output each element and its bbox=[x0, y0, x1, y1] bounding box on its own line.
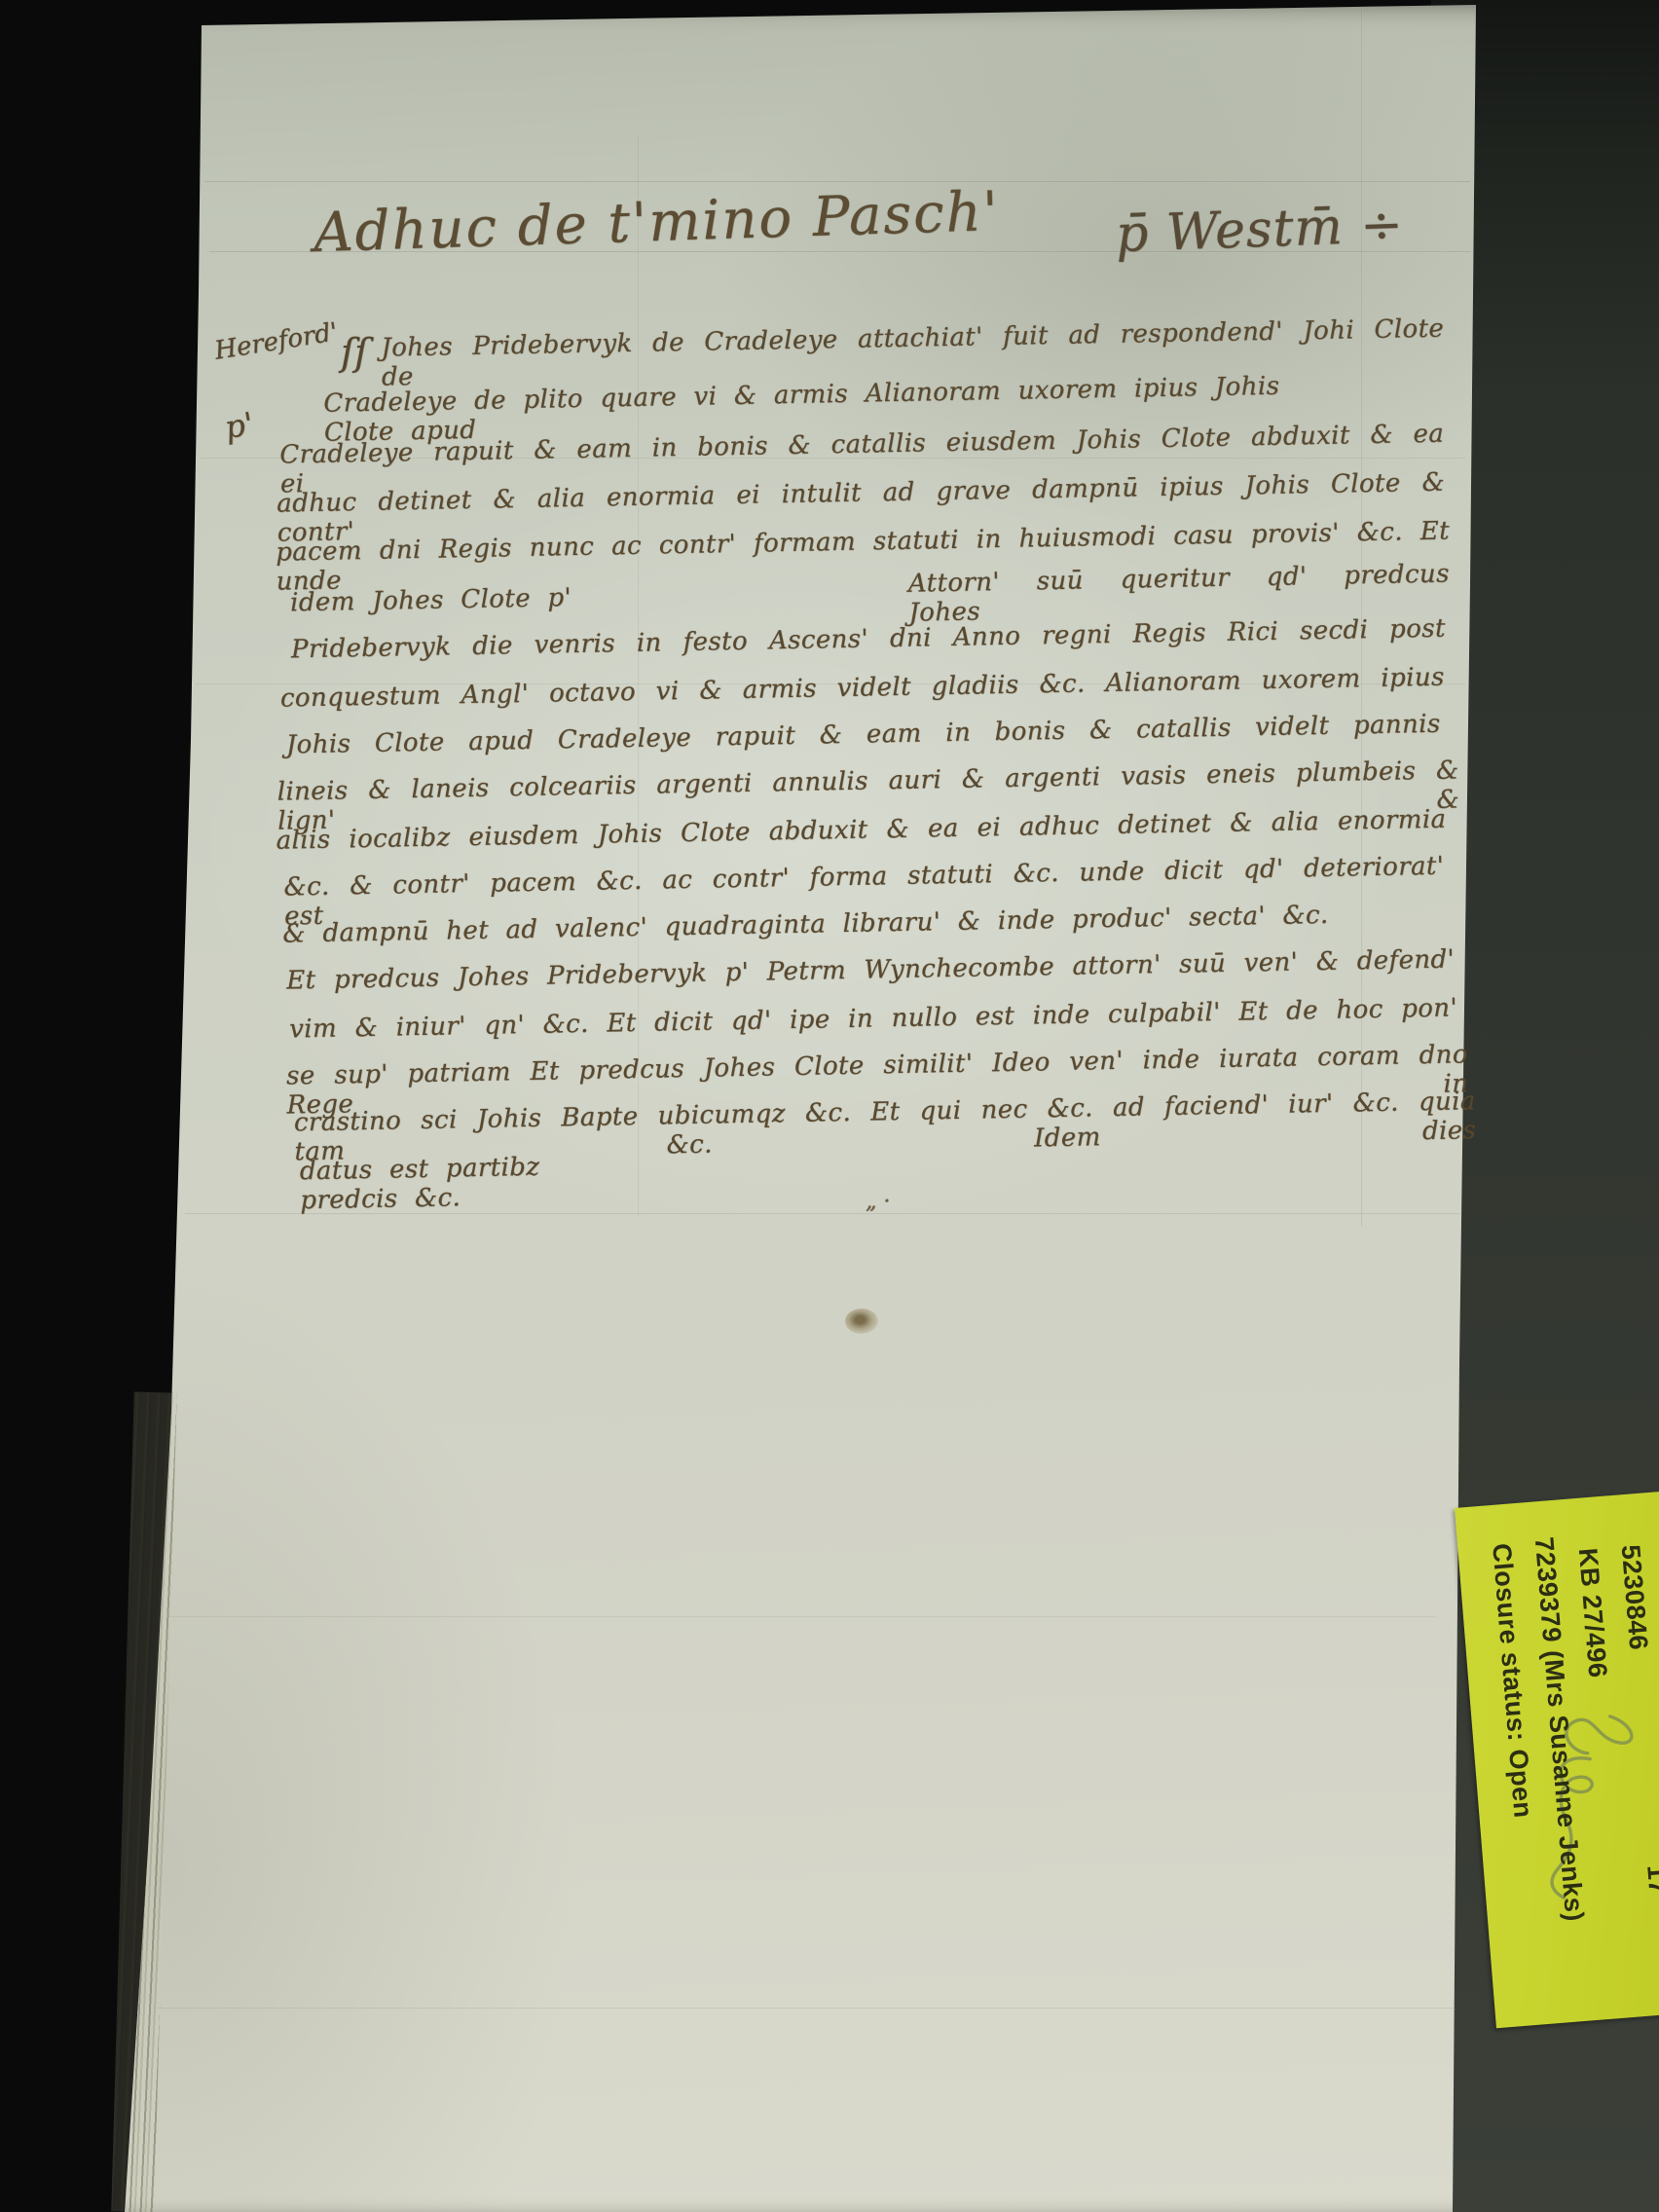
manuscript-line: idem Johes Clote p' bbox=[290, 583, 602, 618]
manuscript-line: vim & iniur' qn' &c. Et dicit qd' ipe in… bbox=[289, 993, 1457, 1044]
manuscript-line: Et predcus Johes Pridebervyk p' Petrm Wy… bbox=[286, 945, 1455, 996]
manuscript-line: Johis Clote apud Cradeleye rapuit & eam … bbox=[286, 710, 1441, 760]
manuscript-line: Pridebervyk die venris in festo Ascens' … bbox=[291, 614, 1446, 665]
photo-stage: Adhuc de t'mino Pasch' p̄ Westm̄ ÷ Heref… bbox=[0, 0, 1659, 2212]
manuscript-line: conquestum Angl' octavo vi & armis videl… bbox=[280, 663, 1445, 714]
end-of-entry-marks: „ · bbox=[866, 1190, 890, 1214]
manuscript-line: datus est partibz predcis &c. bbox=[300, 1152, 593, 1215]
manuscript-text-block: Johes Pridebervyk de Cradeleye attachiat… bbox=[0, 0, 1659, 2212]
